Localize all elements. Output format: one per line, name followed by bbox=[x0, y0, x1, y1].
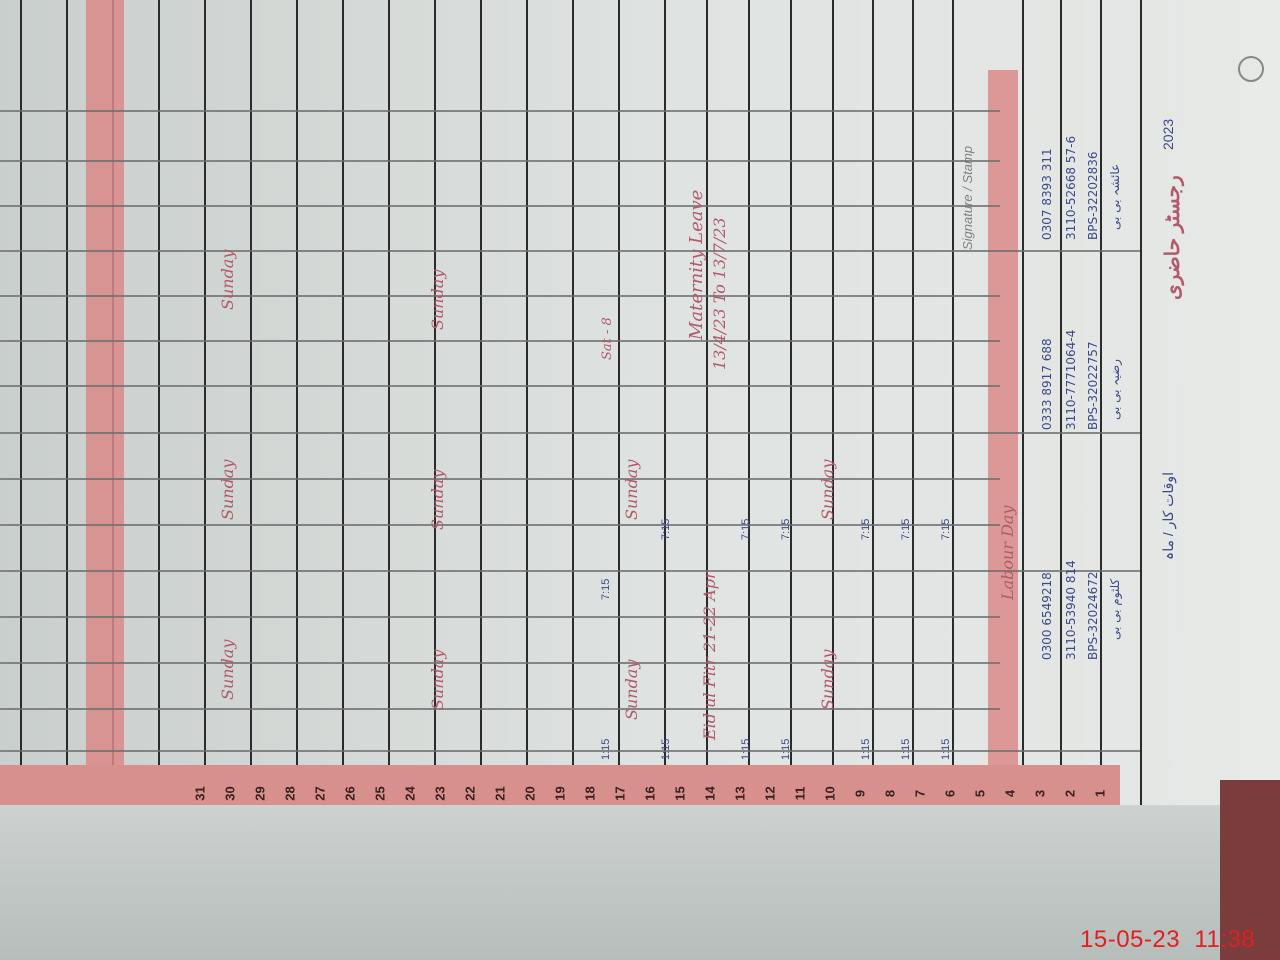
time-in: 7:15 bbox=[940, 519, 952, 540]
maternity-leave-note: Maternity Leave bbox=[686, 190, 707, 340]
grid-line bbox=[0, 432, 1140, 434]
grid-line bbox=[0, 662, 1000, 664]
grid-line bbox=[296, 0, 298, 805]
grid-line bbox=[872, 0, 874, 805]
page-edge bbox=[1240, 0, 1280, 805]
sunday-note: Sunday bbox=[428, 470, 447, 530]
time-out: 1:15 bbox=[900, 739, 912, 760]
grid-line bbox=[0, 110, 1000, 112]
time-in: 7:15 bbox=[860, 519, 872, 540]
grid-line bbox=[0, 708, 1000, 710]
grid-line bbox=[1060, 0, 1062, 805]
grid-line bbox=[1022, 0, 1024, 805]
grid-line bbox=[0, 524, 1000, 526]
staff-name: کلثوم بی بی bbox=[1108, 579, 1122, 640]
grid-line bbox=[480, 0, 482, 805]
timestamp-time: 11:38 bbox=[1194, 926, 1255, 953]
grid-line bbox=[0, 478, 1000, 480]
time-out: 1:15 bbox=[780, 739, 792, 760]
grid-line bbox=[618, 0, 620, 805]
sunday-note: Sunday bbox=[218, 250, 237, 310]
camera-timestamp: 15-05-23 11:38 bbox=[1080, 926, 1255, 954]
grid-line bbox=[250, 0, 252, 805]
grid-line bbox=[0, 340, 1000, 342]
sunday-note: Sunday bbox=[818, 460, 837, 520]
time-out: 1:15 bbox=[740, 739, 752, 760]
grid-line bbox=[342, 0, 344, 805]
grid-line bbox=[388, 0, 390, 805]
grid-line bbox=[0, 160, 1000, 162]
grid-line bbox=[0, 570, 1140, 572]
sunday-note: Sunday bbox=[428, 270, 447, 330]
grid-line bbox=[748, 0, 750, 805]
register-title: رجسٹر حاضری bbox=[1160, 175, 1185, 300]
red-band-header bbox=[988, 70, 1018, 805]
sunday-note: Sunday bbox=[818, 650, 837, 710]
maternity-range: 13/4/23 To 13/7/23 bbox=[710, 217, 729, 370]
staff-cnic: BPS-32024672 bbox=[1086, 572, 1100, 661]
sunday-note: Sunday bbox=[218, 460, 237, 520]
red-band-left bbox=[86, 0, 124, 805]
grid-line bbox=[0, 385, 1000, 387]
sunday-note: Sunday bbox=[428, 650, 447, 710]
grid-line bbox=[0, 750, 1140, 752]
register-subtitle: اوقات کار / ماہ bbox=[1160, 472, 1177, 560]
staff-extra: 3110-7771064-4 bbox=[1064, 330, 1078, 430]
time-out: 1:15 bbox=[600, 739, 612, 760]
grid-line bbox=[912, 0, 914, 805]
grid-line bbox=[952, 0, 954, 805]
grid-line bbox=[1140, 0, 1142, 805]
staff-cnic: BPS-32202836 bbox=[1086, 152, 1100, 241]
grid-line bbox=[66, 0, 68, 805]
time-in: 7:15 bbox=[780, 519, 792, 540]
grid-line bbox=[0, 205, 1000, 207]
time-out: 1:15 bbox=[940, 739, 952, 760]
time-out: 1:15 bbox=[660, 739, 672, 760]
grid-line bbox=[0, 295, 1000, 297]
sunday-note: Sunday bbox=[622, 660, 641, 720]
grid-line bbox=[158, 0, 160, 805]
time-in: 7:15 bbox=[900, 519, 912, 540]
grid-line bbox=[572, 0, 574, 805]
staff-cnic: BPS-32022757 bbox=[1086, 342, 1100, 431]
labour-day-note: Labour Day bbox=[998, 506, 1017, 600]
time-in: 7:15 bbox=[660, 519, 672, 540]
grid-line bbox=[1100, 0, 1102, 805]
sat-note: Sat - 8 bbox=[600, 317, 615, 360]
signature-stamp: Signature / Stamp bbox=[960, 146, 975, 250]
sunday-note: Sunday bbox=[218, 640, 237, 700]
time-in: 7:15 bbox=[600, 579, 612, 600]
grid-line bbox=[20, 0, 22, 805]
eid-note: Eid ul Fitr 21-22 Apr bbox=[700, 571, 719, 740]
staff-phone: 0307 8393 311 bbox=[1040, 148, 1054, 240]
staff-extra: 3110-53940 814 bbox=[1064, 560, 1078, 660]
staff-extra: 3110-52668 57-6 bbox=[1064, 136, 1078, 240]
grid-line bbox=[204, 0, 206, 805]
grid-line bbox=[0, 616, 1000, 618]
staff-phone: 0300 6549218 bbox=[1040, 572, 1054, 660]
staff-phone: 0333 8917 688 bbox=[1040, 338, 1054, 430]
grid-line bbox=[664, 0, 666, 805]
time-out: 1:15 bbox=[860, 739, 872, 760]
register-page: 1 2 3 4 5 6 7 8 9 10 11 12 13 14 15 16 1… bbox=[0, 0, 1242, 805]
staff-name: عائشہ بی بی bbox=[1108, 164, 1122, 230]
grid-line bbox=[526, 0, 528, 805]
staff-name: رضیہ بی بی bbox=[1108, 359, 1122, 420]
time-in: 7:15 bbox=[740, 519, 752, 540]
binder-hole bbox=[1238, 56, 1264, 82]
grid-line bbox=[790, 0, 792, 805]
timestamp-date: 15-05-23 bbox=[1080, 926, 1180, 953]
register-year: 2023 bbox=[1160, 119, 1176, 150]
grid-line bbox=[0, 250, 1140, 252]
sunday-note: Sunday bbox=[622, 460, 641, 520]
